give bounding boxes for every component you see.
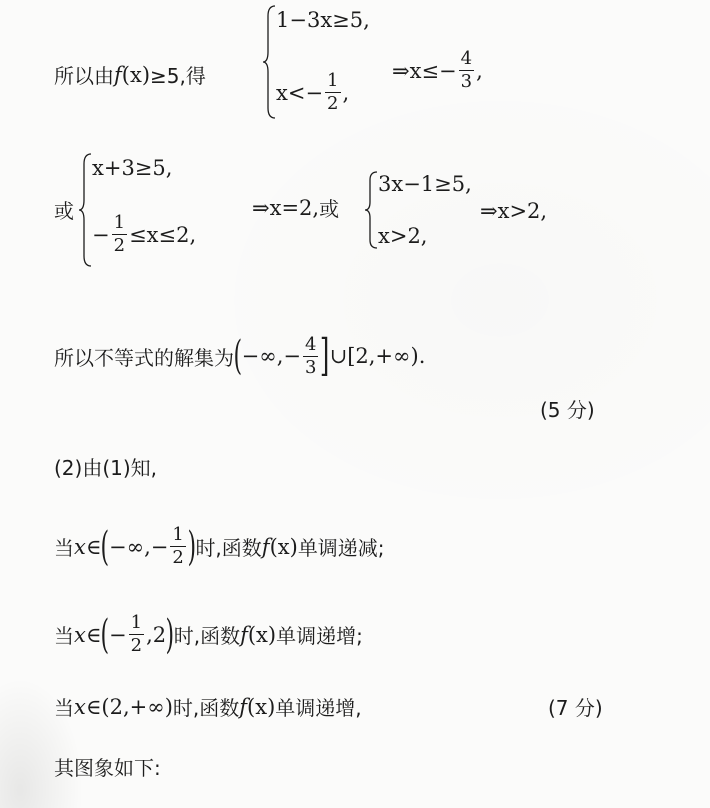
system-3-row-2: x>2, bbox=[378, 224, 427, 248]
case-1-line: 当 x ∈ ( −∞,− 12 ) 时,函数 f (x) 单调递减; bbox=[54, 526, 385, 567]
graph-intro: 其图象如下: bbox=[54, 752, 161, 781]
system-2-row-1: x+3≥5, bbox=[92, 156, 172, 180]
right-bracket-icon: ] bbox=[320, 334, 329, 378]
function-arg: (x) bbox=[122, 63, 150, 87]
system-3-result: ⇒x>2, bbox=[480, 199, 547, 223]
system-1: 1−3x≥5, x<− 12 , bbox=[262, 4, 386, 120]
fraction: 12 bbox=[170, 526, 185, 567]
system-1-result: ⇒x≤− 43 , bbox=[392, 50, 483, 91]
solution-set-line: 所以不等式的解集为 ( −∞,− 43 ] ∪[2,+∞). bbox=[54, 334, 425, 378]
fraction: 12 bbox=[112, 214, 127, 255]
line-system-1: 所以由 f (x) ≥5,得 bbox=[54, 60, 206, 89]
system-2: x+3≥5, − 12 ≤x≤2, bbox=[78, 152, 252, 268]
condition-text: ≥5,得 bbox=[150, 60, 206, 89]
left-brace-icon bbox=[78, 152, 92, 268]
part2-intro: (2)由(1)知, bbox=[54, 452, 157, 481]
or-label-1: 或 bbox=[54, 195, 74, 224]
right-paren-icon: ) bbox=[187, 527, 196, 567]
score-5: (5 分) bbox=[540, 394, 595, 423]
system-1-row-1: 1−3x≥5, bbox=[276, 8, 370, 32]
left-paren-icon: ( bbox=[101, 615, 110, 655]
left-brace-icon bbox=[364, 170, 378, 250]
system-2-result: ⇒x=2, 或 bbox=[252, 193, 339, 222]
scan-background bbox=[0, 0, 710, 808]
fraction: 12 bbox=[325, 72, 340, 113]
right-paren-icon: ) bbox=[166, 615, 175, 655]
fraction: 43 bbox=[459, 50, 474, 91]
system-1-row-2: x<− 12 , bbox=[276, 72, 349, 113]
fraction: 12 bbox=[129, 614, 144, 655]
system-3-row-1: 3x−1≥5, bbox=[378, 172, 472, 196]
score-7: (7 分) bbox=[548, 692, 603, 721]
text-intro: 所以由 bbox=[54, 60, 114, 89]
system-2-row-2: − 12 ≤x≤2, bbox=[92, 214, 196, 255]
left-paren-icon: ( bbox=[234, 336, 243, 376]
system-3: 3x−1≥5, x>2, bbox=[364, 170, 488, 250]
fraction: 43 bbox=[303, 336, 318, 377]
function-name: f bbox=[114, 63, 122, 87]
case-3-line: 当 x ∈(2,+∞) 时,函数 f (x) 单调递增, bbox=[54, 692, 362, 721]
case-2-line: 当 x ∈ ( − 12 ,2 ) 时,函数 f (x) 单调递增; bbox=[54, 614, 363, 655]
or-label-2: 或 bbox=[319, 193, 339, 222]
left-paren-icon: ( bbox=[101, 527, 110, 567]
left-brace-icon bbox=[262, 4, 276, 120]
